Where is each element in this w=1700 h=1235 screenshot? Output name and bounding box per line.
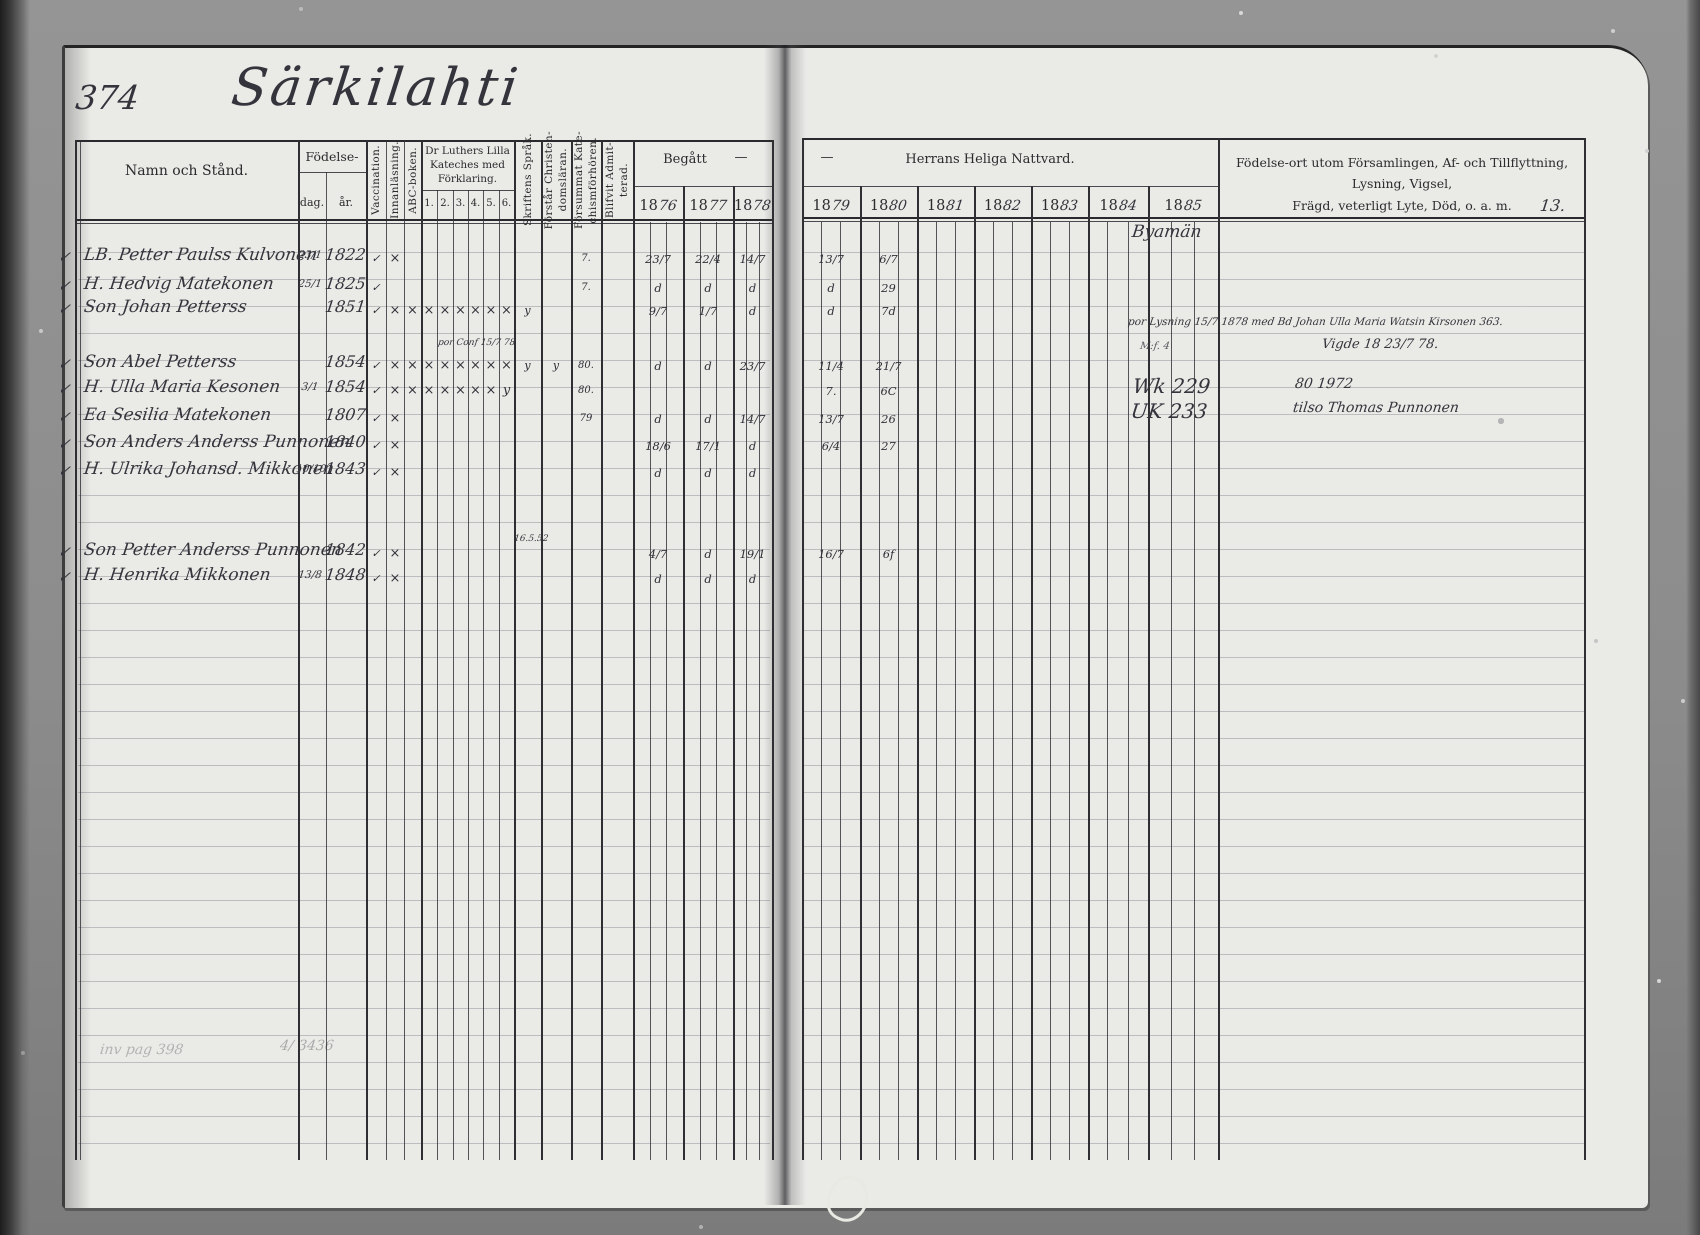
communion-1879 bbox=[802, 565, 860, 592]
abc-mark bbox=[404, 540, 421, 567]
communion-1878 bbox=[733, 377, 772, 404]
katches-4-mark bbox=[468, 432, 483, 459]
katches-3-mark: × bbox=[453, 377, 468, 404]
katches-2-mark bbox=[437, 459, 453, 486]
vaccination-mark: ✓ bbox=[366, 459, 386, 486]
innanlasning-mark: × bbox=[386, 352, 404, 379]
person-name: H. Hedvig Matekonen bbox=[83, 274, 275, 294]
row-marks: ✓ × 18/6 17/1 d 6/4 27 bbox=[366, 432, 917, 459]
katches-2-mark bbox=[437, 565, 453, 592]
margin-checkmark: ✓ bbox=[57, 355, 72, 373]
birth-year: 1842 bbox=[324, 540, 366, 559]
communion-1880: 21/7 bbox=[860, 352, 917, 379]
communion-1880 bbox=[860, 565, 917, 592]
sprak-mark bbox=[514, 432, 541, 459]
row-marks: ✓ × 4/7 d 19/1 16/7 6f bbox=[366, 540, 917, 567]
communion-1878: 23/7 bbox=[733, 352, 772, 379]
scan-dust bbox=[0, 0, 2, 2]
communion-1880: 6C bbox=[860, 377, 917, 404]
person-name: Son Abel Petterss bbox=[83, 352, 238, 372]
abc-mark bbox=[404, 459, 421, 486]
katches-3-mark: × bbox=[453, 352, 468, 379]
binding-gap bbox=[772, 540, 802, 567]
katches-6-mark bbox=[499, 459, 514, 486]
katches-1-mark bbox=[421, 432, 437, 459]
katches-3-mark bbox=[453, 459, 468, 486]
communion-1879: 7. bbox=[802, 377, 860, 404]
table-row: ✓ H. Ulrika Johansd. Mikkonen 10/10 1843… bbox=[58, 459, 938, 486]
vline-k4 bbox=[483, 190, 484, 1160]
blifvit-mark bbox=[601, 245, 633, 272]
katches-1-mark bbox=[421, 405, 437, 432]
table-row: ✓ LB. Petter Paulss Kulvonen 23/1 1822 ✓… bbox=[58, 245, 938, 272]
vline-1885-sub2 bbox=[1194, 222, 1195, 1160]
row-marks: ✓ × × × × × × × × y 9/7 1/7 d d 7d bbox=[366, 297, 917, 324]
forstar-mark bbox=[541, 405, 571, 432]
vline-1884-sub2 bbox=[1128, 222, 1129, 1160]
sprak-mark: y bbox=[514, 297, 541, 324]
col-header-forstar: Förstår Christen-domsläran. bbox=[541, 142, 571, 218]
abc-mark bbox=[404, 432, 421, 459]
year-1883: 1883 bbox=[1031, 192, 1088, 220]
abc-mark: × bbox=[404, 352, 421, 379]
forsummat-mark bbox=[571, 459, 601, 486]
katches-6-mark bbox=[499, 245, 514, 272]
col-header-fodelse: Födelse- bbox=[298, 149, 366, 164]
person-name: Son Anders Anderss Punnonen bbox=[83, 432, 352, 452]
forstar-mark bbox=[541, 432, 571, 459]
katches-5-mark: × bbox=[483, 377, 499, 404]
note-uk-thomas: tilso Thomas Punnonen bbox=[1292, 400, 1460, 416]
katches-1-mark: × bbox=[421, 352, 437, 379]
katches-6-mark: y bbox=[499, 377, 514, 404]
vline-1882-sub1 bbox=[993, 222, 994, 1160]
binding-gap bbox=[772, 352, 802, 379]
person-name: H. Ulla Maria Kesonen bbox=[83, 377, 282, 397]
note-uk: UK 233 bbox=[1130, 399, 1209, 423]
communion-1876: 23/7 bbox=[633, 245, 683, 272]
table-top-border-right bbox=[802, 138, 1586, 140]
year-1877: 1877 bbox=[683, 192, 733, 220]
katches-2-mark bbox=[437, 540, 453, 567]
col-header-dag: dag. bbox=[298, 196, 326, 209]
forsummat-mark: 79 bbox=[571, 405, 601, 432]
blifvit-mark bbox=[601, 432, 633, 459]
table-row: ✓ Son Abel Petterss 1854 ✓ × × × × × × ×… bbox=[58, 352, 938, 379]
col-header-vaccination: Vaccination. bbox=[366, 142, 386, 218]
begatt-divider bbox=[633, 186, 772, 187]
table-row: ✓ Ea Sesilia Matekonen 1807 ✓ × 79 d d bbox=[58, 405, 938, 432]
sprak-mark bbox=[514, 565, 541, 592]
margin-checkmark: ✓ bbox=[57, 300, 72, 318]
communion-1880 bbox=[860, 459, 917, 486]
vaccination-mark: ✓ bbox=[366, 352, 386, 379]
innanlasning-mark: × bbox=[386, 377, 404, 404]
vaccination-mark: ✓ bbox=[366, 540, 386, 567]
row-marks: ✓ × d d d bbox=[366, 565, 917, 592]
blifvit-mark bbox=[601, 297, 633, 324]
katches-6-mark: × bbox=[499, 297, 514, 324]
communion-1877: d bbox=[683, 405, 733, 432]
birth-day: 3/1 bbox=[295, 381, 324, 393]
col-header-innanlasning: Innanläsning. bbox=[386, 142, 404, 218]
vline-k2 bbox=[453, 190, 454, 1160]
vaccination-mark: ✓ bbox=[366, 405, 386, 432]
binding-gap bbox=[772, 432, 802, 459]
begatt-dash: — bbox=[726, 150, 756, 165]
vline-1879-1880 bbox=[860, 186, 862, 1160]
communion-1877: 17/1 bbox=[683, 432, 733, 459]
vline-1884-sub1 bbox=[1107, 222, 1108, 1160]
katches-5-mark bbox=[483, 432, 499, 459]
birth-day: 10/10 bbox=[295, 463, 324, 475]
sprak-mark bbox=[514, 540, 541, 567]
katches-col-3: 3. bbox=[453, 198, 468, 209]
col-header-abc-boken: ABC-boken. bbox=[404, 142, 421, 218]
nattvard-dash: — bbox=[812, 150, 842, 165]
vaccination-mark: ✓ bbox=[366, 245, 386, 272]
table-row: ✓ Son Johan Petterss 1851 ✓ × × × × × × … bbox=[58, 297, 938, 324]
katches-2-mark: × bbox=[437, 297, 453, 324]
forstar-mark bbox=[541, 245, 571, 272]
forsummat-mark bbox=[571, 432, 601, 459]
person-name: Son Petter Anderss Punnonen bbox=[83, 540, 343, 560]
vline-1882-1883 bbox=[1031, 186, 1033, 1160]
communion-1878: 14/7 bbox=[733, 405, 772, 432]
table-top-border-left bbox=[75, 140, 772, 142]
abc-mark: × bbox=[404, 377, 421, 404]
communion-1879 bbox=[802, 459, 860, 486]
vaccination-mark: ✓ bbox=[366, 297, 386, 324]
vline-1885-sub1 bbox=[1171, 222, 1172, 1160]
katches-5-mark bbox=[483, 459, 499, 486]
header-bottom-left-2 bbox=[75, 223, 772, 224]
margin-checkmark: ✓ bbox=[57, 248, 72, 266]
communion-1877 bbox=[683, 377, 733, 404]
note-mf: M:f. 4 bbox=[1139, 341, 1170, 352]
forstar-mark bbox=[541, 459, 571, 486]
begatt-label: Begått bbox=[640, 152, 730, 167]
birth-year: 1843 bbox=[324, 459, 366, 478]
year-1879: 1879 bbox=[802, 192, 860, 220]
note-lysning: por Lysning 15/7 1878 med Bd Johan Ulla … bbox=[1127, 316, 1503, 328]
communion-1877: d bbox=[683, 565, 733, 592]
communion-1876: d bbox=[633, 405, 683, 432]
note-wk: Wk 229 bbox=[1132, 374, 1212, 398]
katches-3-mark: × bbox=[453, 297, 468, 324]
communion-1879: 13/7 bbox=[802, 245, 860, 272]
birth-year: 1854 bbox=[324, 352, 366, 371]
communion-1876 bbox=[633, 377, 683, 404]
katches-6-mark bbox=[499, 432, 514, 459]
innanlasning-mark: × bbox=[386, 565, 404, 592]
col-header-notes: Födelse-ort utom Församlingen, Af- och T… bbox=[1222, 152, 1582, 216]
birth-year: 1848 bbox=[324, 565, 366, 584]
note-date-52: 16.5.52 bbox=[513, 534, 549, 544]
katches-4-mark: × bbox=[468, 297, 483, 324]
nattvard-label: Herrans Heliga Nattvard. bbox=[860, 152, 1120, 167]
communion-1880: 7d bbox=[860, 297, 917, 324]
katches-col-6: 6. bbox=[499, 198, 514, 209]
katches-3-mark bbox=[453, 565, 468, 592]
pencil-note-right: 4/ 3436 bbox=[279, 1038, 335, 1054]
communion-1879: 13/7 bbox=[802, 405, 860, 432]
blifvit-mark bbox=[601, 540, 633, 567]
binding-gap bbox=[772, 405, 802, 432]
table-row: ✓ Son Petter Anderss Punnonen 1842 ✓ × 4… bbox=[58, 540, 938, 567]
katches-3-mark bbox=[453, 540, 468, 567]
margin-checkmark: ✓ bbox=[57, 380, 72, 398]
col-header-forsummat: Försummat Kate-chismförhören. bbox=[571, 142, 601, 218]
katches-col-4: 4. bbox=[468, 198, 483, 209]
margin-checkmark: ✓ bbox=[57, 462, 72, 480]
innanlasning-mark: × bbox=[386, 459, 404, 486]
communion-1880: 6f bbox=[860, 540, 917, 567]
vline-1882-sub2 bbox=[1012, 222, 1013, 1160]
katches-4-mark: × bbox=[468, 377, 483, 404]
row-marks: ✓ × × × × × × × y 80. 7. 6C bbox=[366, 377, 917, 404]
katches-1-mark bbox=[421, 565, 437, 592]
col-header-katches: Dr Luthers Lilla Kateches med Förklaring… bbox=[421, 144, 514, 187]
katches-1-mark: × bbox=[421, 297, 437, 324]
katches-3-mark bbox=[453, 405, 468, 432]
vline-1881-sub2 bbox=[955, 222, 956, 1160]
margin-checkmark: ✓ bbox=[57, 277, 72, 295]
nattvard-divider bbox=[802, 186, 1218, 187]
katches-4-mark bbox=[468, 459, 483, 486]
innanlasning-mark: × bbox=[386, 245, 404, 272]
communion-1878: d bbox=[733, 432, 772, 459]
katches-2-mark bbox=[437, 432, 453, 459]
communion-1880: 26 bbox=[860, 405, 917, 432]
katches-1-mark: × bbox=[421, 377, 437, 404]
birth-year: 1854 bbox=[324, 377, 366, 396]
row-marks: ✓ × 7. 23/7 22/4 14/7 13/7 6/7 bbox=[366, 245, 917, 272]
scan-left-edge bbox=[0, 0, 30, 1235]
year-1876: 1876 bbox=[633, 192, 683, 220]
abc-mark bbox=[404, 565, 421, 592]
katches-col-1: 1. bbox=[421, 198, 437, 209]
year-1881: 1881 bbox=[917, 192, 974, 220]
communion-1880: 6/7 bbox=[860, 245, 917, 272]
table-row: ✓ H. Ulla Maria Kesonen 3/1 1854 ✓ × × ×… bbox=[58, 377, 938, 404]
blifvit-mark bbox=[601, 405, 633, 432]
communion-1878: 14/7 bbox=[733, 245, 772, 272]
katches-6-mark bbox=[499, 565, 514, 592]
table-row: ✓ Son Anders Anderss Punnonen 1840 ✓ × 1… bbox=[58, 432, 938, 459]
vline-1880-1881 bbox=[917, 186, 919, 1160]
fodelse-divider bbox=[298, 172, 366, 173]
katches-1-mark bbox=[421, 459, 437, 486]
katches-col-5: 5. bbox=[483, 198, 499, 209]
blifvit-mark bbox=[601, 352, 633, 379]
year-1878: 1878 bbox=[733, 192, 772, 220]
forstar-mark bbox=[541, 377, 571, 404]
birth-day: 25/1 bbox=[295, 278, 324, 290]
year-1880: 1880 bbox=[860, 192, 917, 220]
sprak-mark bbox=[514, 459, 541, 486]
vline-table-right bbox=[1584, 138, 1586, 1160]
col-header-blifvit: Blifvit Admit-terad. bbox=[601, 142, 633, 218]
vline-k3 bbox=[468, 190, 469, 1160]
binding-gap bbox=[772, 297, 802, 324]
birth-day: 23/1 bbox=[295, 249, 324, 261]
vline-k1 bbox=[437, 190, 438, 1160]
table-row: ✓ H. Henrika Mikkonen 13/8 1848 ✓ × d d bbox=[58, 565, 938, 592]
abc-mark bbox=[404, 245, 421, 272]
abc-mark: × bbox=[404, 297, 421, 324]
vline-1883-1884 bbox=[1088, 186, 1090, 1160]
vline-1881-1882 bbox=[974, 186, 976, 1160]
binding-gap bbox=[772, 377, 802, 404]
note-byaman: Byamän bbox=[1131, 222, 1203, 242]
vline-k5 bbox=[499, 190, 500, 1160]
katches-2-mark bbox=[437, 245, 453, 272]
blifvit-mark bbox=[601, 459, 633, 486]
forsummat-mark: 7. bbox=[571, 245, 601, 272]
katches-4-mark: × bbox=[468, 352, 483, 379]
sprak-mark bbox=[514, 405, 541, 432]
year-1882: 1882 bbox=[974, 192, 1031, 220]
birth-year: 1825 bbox=[324, 274, 366, 293]
communion-1877: d bbox=[683, 540, 733, 567]
forstar-mark bbox=[541, 540, 571, 567]
katches-3-mark bbox=[453, 245, 468, 272]
communion-1876: 9/7 bbox=[633, 297, 683, 324]
person-name: Son Johan Petterss bbox=[83, 297, 248, 317]
birth-year: 1851 bbox=[324, 297, 366, 316]
col-header-sprak: Skriftens Språk. bbox=[514, 142, 541, 218]
note-vigde: Vigde 18 23/7 78. bbox=[1321, 337, 1439, 352]
forstar-mark: y bbox=[541, 352, 571, 379]
binding-gap bbox=[772, 565, 802, 592]
katches-5-mark bbox=[483, 245, 499, 272]
communion-1876: d bbox=[633, 565, 683, 592]
innanlasning-mark: × bbox=[386, 297, 404, 324]
margin-checkmark: ✓ bbox=[57, 543, 72, 561]
scan-right-edge bbox=[1686, 0, 1700, 1235]
communion-1880: 27 bbox=[860, 432, 917, 459]
sprak-mark bbox=[514, 377, 541, 404]
forstar-mark bbox=[541, 297, 571, 324]
katches-5-mark bbox=[483, 405, 499, 432]
katches-5-mark: × bbox=[483, 352, 499, 379]
note-confirmation: por Conf 15/7 78 bbox=[437, 338, 515, 348]
katches-6-mark bbox=[499, 540, 514, 567]
note-wk-number: 80 1972 bbox=[1294, 376, 1354, 392]
sprak-mark bbox=[514, 245, 541, 272]
vline-1885-notes bbox=[1218, 138, 1220, 1160]
person-name: LB. Petter Paulss Kulvonen bbox=[83, 245, 319, 265]
communion-1878: 19/1 bbox=[733, 540, 772, 567]
margin-checkmark: ✓ bbox=[57, 408, 72, 426]
col-header-namn: Namn och Stånd. bbox=[75, 163, 298, 179]
katches-4-mark bbox=[468, 245, 483, 272]
katches-2-mark: × bbox=[437, 352, 453, 379]
vline-1884-1885 bbox=[1148, 186, 1150, 1160]
communion-1876: d bbox=[633, 459, 683, 486]
binding-gap bbox=[772, 459, 802, 486]
communion-1877: d bbox=[683, 352, 733, 379]
communion-1876: 18/6 bbox=[633, 432, 683, 459]
katches-4-mark bbox=[468, 565, 483, 592]
forsummat-mark bbox=[571, 540, 601, 567]
communion-1879: 16/7 bbox=[802, 540, 860, 567]
person-name: H. Henrika Mikkonen bbox=[83, 565, 272, 585]
forsummat-mark: 80. bbox=[571, 352, 601, 379]
birth-year: 1807 bbox=[324, 405, 366, 424]
katches-6-mark: × bbox=[499, 352, 514, 379]
communion-1879: d bbox=[802, 297, 860, 324]
blifvit-mark bbox=[601, 377, 633, 404]
innanlasning-mark: × bbox=[386, 540, 404, 567]
row-marks: ✓ × d d d bbox=[366, 459, 917, 486]
abc-mark bbox=[404, 405, 421, 432]
birth-year: 1822 bbox=[324, 245, 366, 264]
scanned-parish-register: 374 Särkilahti 13. bbox=[0, 0, 1700, 1235]
katches-5-mark bbox=[483, 540, 499, 567]
forsummat-mark bbox=[571, 297, 601, 324]
katches-5-mark bbox=[483, 565, 499, 592]
katches-6-mark bbox=[499, 405, 514, 432]
innanlasning-mark: × bbox=[386, 432, 404, 459]
page-number: 374 bbox=[74, 78, 142, 117]
row-marks: ✓ × × × × × × × × y y 80. d d 23/7 11/4 … bbox=[366, 352, 917, 379]
birth-day: 13/8 bbox=[295, 569, 324, 581]
year-1885: 1885 bbox=[1148, 192, 1218, 220]
katches-2-mark: × bbox=[437, 377, 453, 404]
katches-4-mark bbox=[468, 540, 483, 567]
vline-1876-1877 bbox=[683, 186, 685, 1160]
vline-1883-sub1 bbox=[1050, 222, 1051, 1160]
margin-checkmark: ✓ bbox=[57, 435, 72, 453]
vaccination-mark: ✓ bbox=[366, 377, 386, 404]
forsummat-mark: 80. bbox=[571, 377, 601, 404]
forstar-mark bbox=[541, 565, 571, 592]
communion-1878: d bbox=[733, 459, 772, 486]
page-title: Särkilahti bbox=[228, 58, 524, 118]
katches-2-mark bbox=[437, 405, 453, 432]
communion-1879: 6/4 bbox=[802, 432, 860, 459]
communion-1879: 11/4 bbox=[802, 352, 860, 379]
person-name: Ea Sesilia Matekonen bbox=[83, 405, 273, 425]
blifvit-mark bbox=[601, 565, 633, 592]
forsummat-mark bbox=[571, 565, 601, 592]
katches-col-2: 2. bbox=[437, 198, 453, 209]
communion-1877: d bbox=[683, 459, 733, 486]
communion-1877: 1/7 bbox=[683, 297, 733, 324]
vaccination-mark: ✓ bbox=[366, 432, 386, 459]
innanlasning-mark: × bbox=[386, 405, 404, 432]
year-1884: 1884 bbox=[1088, 192, 1148, 220]
katches-3-mark bbox=[453, 432, 468, 459]
vline-1877-1878 bbox=[733, 186, 735, 1160]
margin-checkmark: ✓ bbox=[57, 568, 72, 586]
katches-1-mark bbox=[421, 245, 437, 272]
communion-1878: d bbox=[733, 297, 772, 324]
katches-4-mark bbox=[468, 405, 483, 432]
katches-5-mark: × bbox=[483, 297, 499, 324]
row-marks: ✓ × 79 d d 14/7 13/7 26 bbox=[366, 405, 917, 432]
birth-year: 1840 bbox=[324, 432, 366, 451]
communion-1876: d bbox=[633, 352, 683, 379]
communion-1876: 4/7 bbox=[633, 540, 683, 567]
col-header-ar: år. bbox=[326, 196, 366, 209]
vline-1883-sub2 bbox=[1069, 222, 1070, 1160]
pencil-note-left: inv pag 398 bbox=[99, 1042, 184, 1058]
binding-gap bbox=[772, 245, 802, 272]
katches-1-mark bbox=[421, 540, 437, 567]
